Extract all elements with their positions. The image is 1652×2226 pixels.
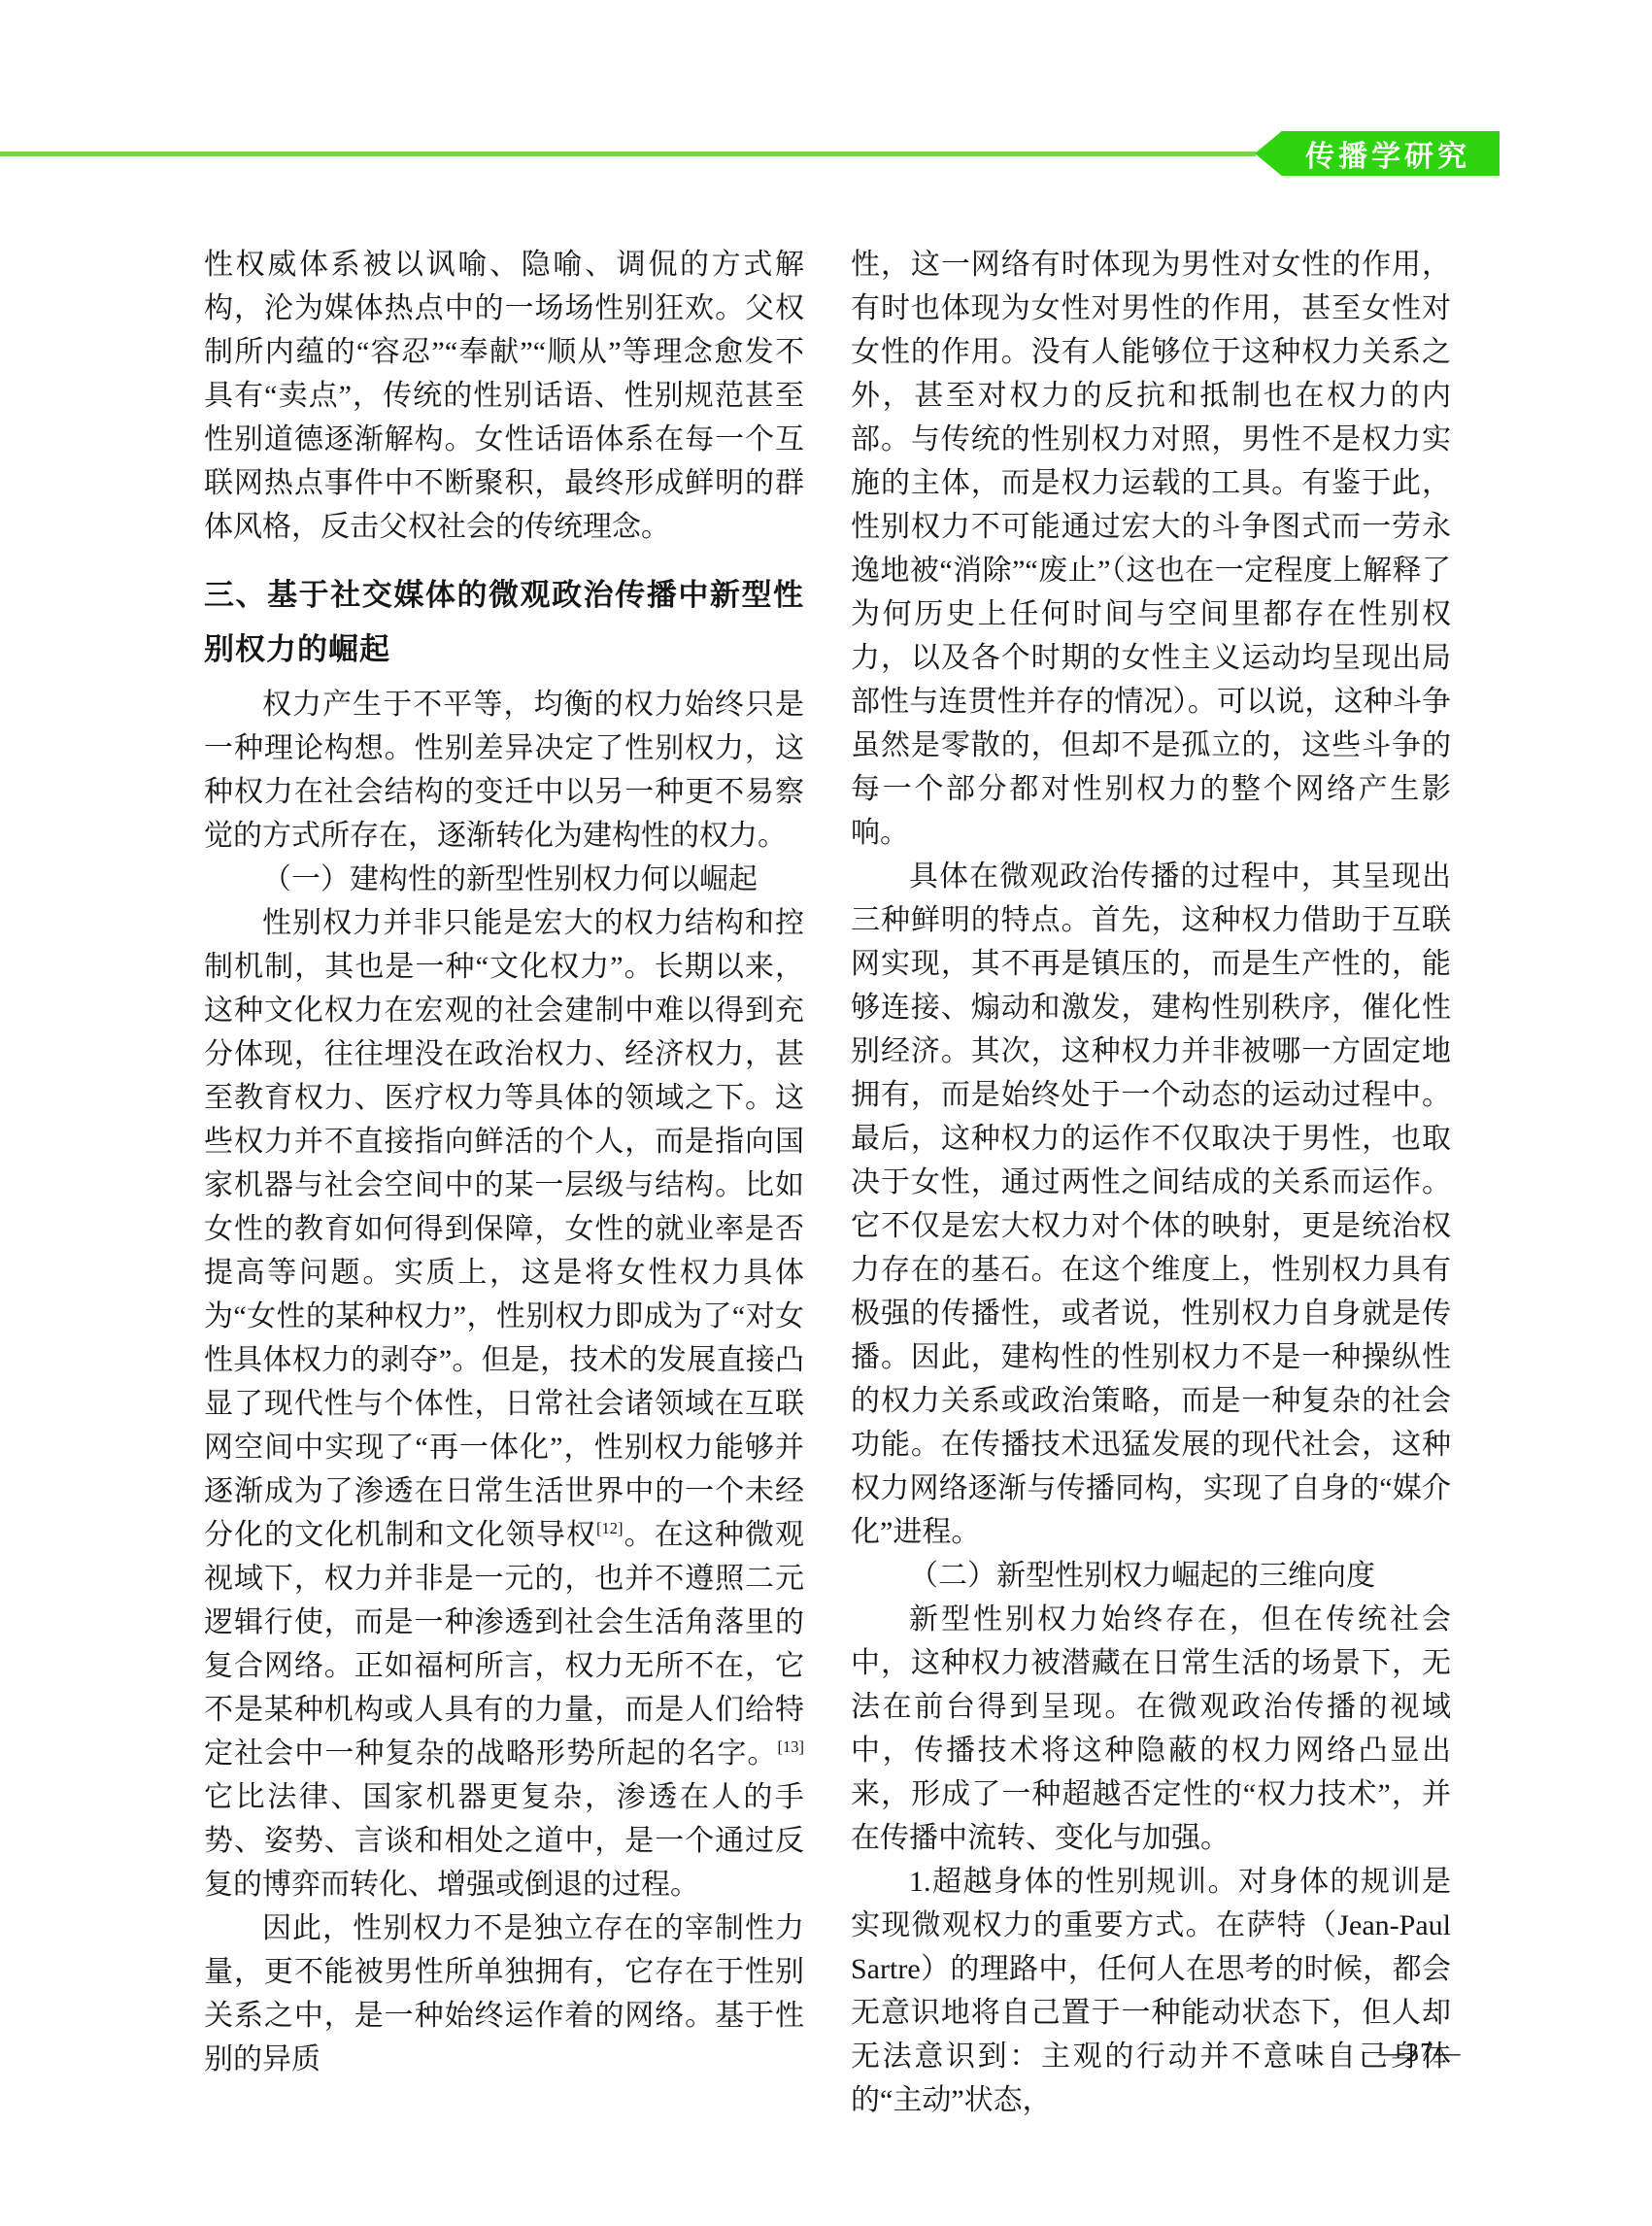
header-rule (0, 152, 1256, 156)
article-body: 性权威体系被以讽喻、隐喻、调侃的方式解构，沦为媒体热点中的一场场性别狂欢。父权制… (204, 243, 1451, 2122)
paragraph: 性别权力并非只能是宏大的权力结构和控制机制，其也是一种“文化权力”。长期以来，这… (204, 901, 804, 1906)
paragraph: 具体在微观政治传播的过程中，其呈现出三种鲜明的特点。首先，这种权力借助于互联网实… (851, 855, 1451, 1554)
subsection-heading: （一）建构性的新型性别权力何以崛起 (204, 858, 804, 901)
header-banner-label: 传播学研究 (1305, 132, 1470, 175)
paragraph: 权力产生于不平等，均衡的权力始终只是一种理论构想。性别差异决定了性别权力，这种权… (204, 683, 804, 858)
subsection-heading: （二）新型性别权力崛起的三维向度 (851, 1554, 1451, 1598)
paragraph: 新型性别权力始终存在，但在传统社会中，这种权力被潜藏在日常生活的场景下，无法在前… (851, 1598, 1451, 1860)
footnote-ref: [13] (778, 1737, 805, 1756)
page-number: —37— (1342, 2038, 1498, 2068)
footnote-ref: [12] (596, 1519, 624, 1537)
header-banner: 传播学研究 (1255, 131, 1500, 176)
paragraph: 性，这一网络有时体现为男性对女性的作用，有时也体现为女性对男性的作用，甚至女性对… (851, 243, 1451, 855)
section-heading: 三、基于社交媒体的微观政治传播中新型性别权力的崛起 (204, 568, 804, 677)
column-left: 性权威体系被以讽喻、隐喻、调侃的方式解构，沦为媒体热点中的一场场性别狂欢。父权制… (204, 243, 804, 2122)
paragraph: 因此，性别权力不是独立存在的宰制性力量，更不能被男性所单独拥有，它存在于性别关系… (204, 1906, 804, 2081)
column-right: 性，这一网络有时体现为男性对女性的作用，有时也体现为女性对男性的作用，甚至女性对… (851, 243, 1451, 2122)
paragraph: 1.超越身体的性别规训。对身体的规训是实现微观权力的重要方式。在萨特（Jean-… (851, 1860, 1451, 2122)
journal-page: 传播学研究 性权威体系被以讽喻、隐喻、调侃的方式解构，沦为媒体热点中的一场场性别… (0, 0, 1652, 2226)
paragraph: 性权威体系被以讽喻、隐喻、调侃的方式解构，沦为媒体热点中的一场场性别狂欢。父权制… (204, 243, 804, 549)
